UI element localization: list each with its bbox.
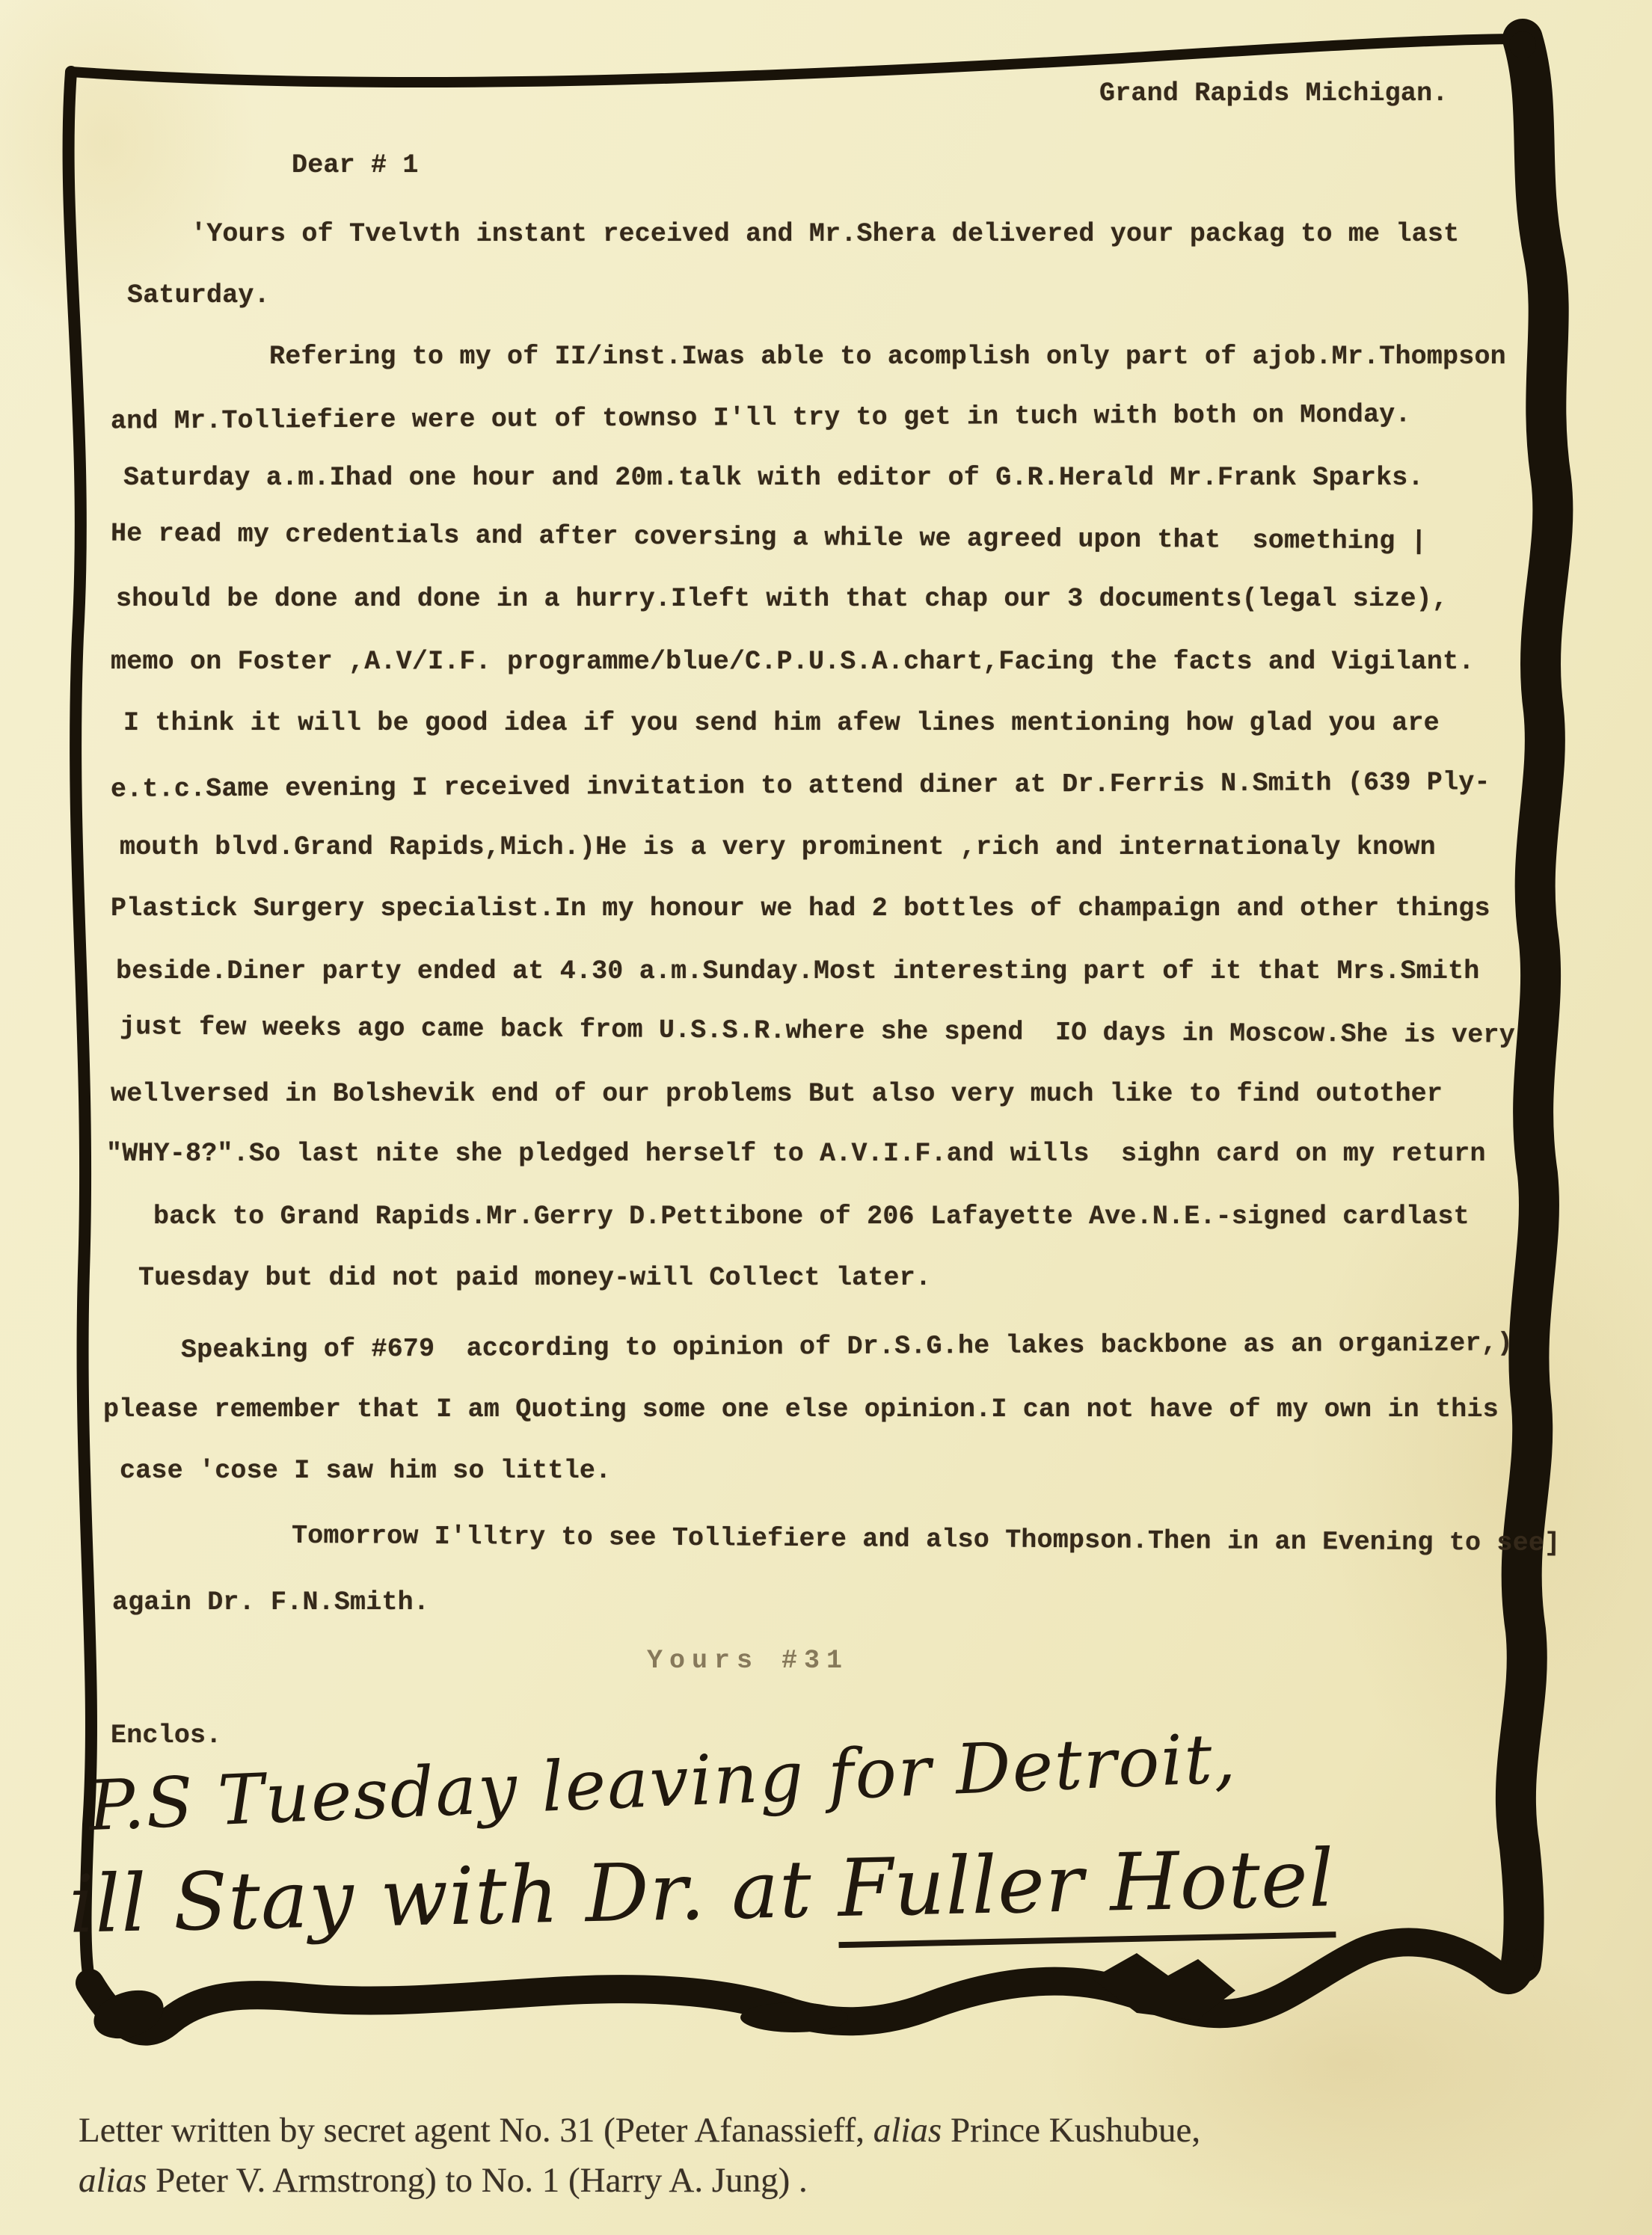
caption-line-1: Letter written by secret agent No. 31 (P… [79, 2106, 1589, 2156]
letter-body-line: memo on Foster ,A.V/I.F. programme/blue/… [111, 646, 1475, 677]
letter-body-line: Plastick Surgery specialist.In my honour… [111, 893, 1490, 924]
letter-signature: Yours #31 [647, 1645, 849, 1676]
letter-body-line: Tuesday but did not paid money-will Coll… [138, 1262, 931, 1294]
letter-body-line: case 'cose I saw him so little. [120, 1455, 611, 1487]
letter-body-line: mouth blvd.Grand Rapids,Mich.)He is a ve… [120, 831, 1436, 863]
caption-text: Prince Kushubue, [942, 2111, 1200, 2150]
letter-body-line: should be done and done in a hurry.Ileft… [116, 583, 1448, 615]
caption-alias-italic: alias [873, 2111, 942, 2150]
letter-body-line: back to Grand Rapids.Mr.Gerry D.Pettibon… [153, 1201, 1470, 1232]
letter-body-line: beside.Diner party ended at 4.30 a.m.Sun… [116, 956, 1480, 987]
letter-body-line: wellversed in Bolshevik end of our probl… [111, 1078, 1443, 1110]
letter-enclosure-note: Enclos. [111, 1720, 221, 1751]
letter-location-line: Grand Rapids Michigan. [1099, 78, 1448, 109]
printed-caption: Letter written by secret agent No. 31 (P… [79, 2106, 1589, 2206]
caption-text: Peter V. Armstrong) to No. 1 (Harry A. J… [147, 2161, 807, 2200]
letter-body-line: "WHY-8?".So last nite she pledged hersel… [106, 1138, 1486, 1169]
letter-body-line: please remember that I am Quoting some o… [103, 1394, 1499, 1425]
letter-body-line: 'Yours of Tvelvth instant received and M… [191, 218, 1459, 250]
letter-salutation: Dear # 1 [292, 150, 419, 181]
letter-body-line: Refering to my of II/inst.Iwas able to a… [269, 341, 1506, 372]
postscript-underlined-hotel-name: Fuller Hotel [837, 1832, 1336, 1948]
caption-text: Letter written by secret agent No. 31 (P… [79, 2111, 873, 2150]
letter-body-line: again Dr. F.N.Smith. [112, 1587, 429, 1618]
book-page: { "colors":{"paper":"#f2ecc6","ink_typed… [0, 0, 1652, 2235]
letter-body-line: I think it will be good idea if you send… [123, 707, 1440, 739]
letter-body-line: Saturday a.m.Ihad one hour and 20m.talk … [123, 462, 1424, 494]
caption-alias-italic: alias [79, 2161, 147, 2200]
postscript-text: ill Stay with Dr. at [68, 1842, 839, 1951]
caption-line-2: alias Peter V. Armstrong) to No. 1 (Harr… [79, 2156, 1589, 2206]
letter-body-line: Saturday. [127, 280, 270, 311]
